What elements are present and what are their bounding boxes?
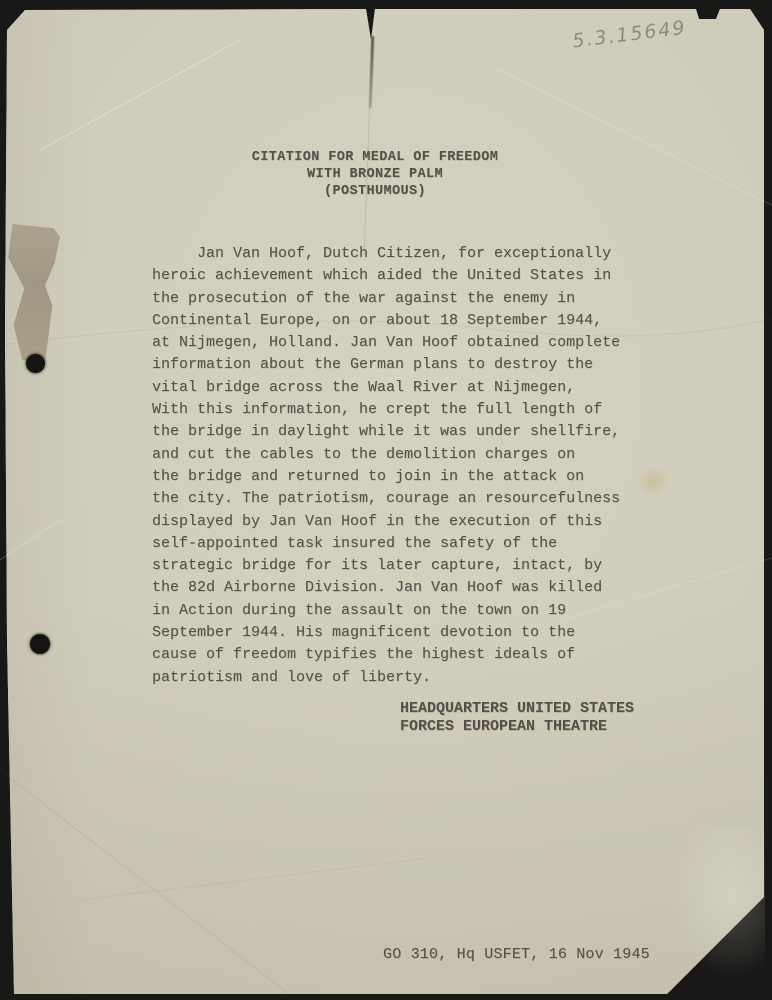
body-line: With this information, he crept the full… [152, 399, 662, 421]
body-line: Continental Europe, on or about 18 Septe… [152, 310, 662, 332]
body-line: and cut the cables to the demolition cha… [152, 444, 662, 466]
signature-line: FORCES EUROPEAN THEATRE [400, 718, 634, 736]
body-line: in Action during the assault on the town… [152, 600, 662, 622]
body-line: the city. The patriotism, courage an res… [152, 488, 662, 510]
body-line: displayed by Jan Van Hoof in the executi… [152, 511, 662, 533]
body-line: information about the German plans to de… [152, 354, 662, 376]
punch-hole [26, 354, 45, 373]
punch-hole [30, 634, 50, 654]
body-line: at Nijmegen, Holland. Jan Van Hoof obtai… [152, 332, 662, 354]
body-line: cause of freedom typifies the highest id… [152, 644, 662, 666]
title-line: (POSTHUMOUS) [155, 183, 595, 200]
title-line: WITH BRONZE PALM [155, 166, 595, 183]
title-line: CITATION FOR MEDAL OF FREEDOM [155, 149, 595, 166]
body-line: the prosecution of the war against the e… [152, 288, 662, 310]
signature-block: HEADQUARTERS UNITED STATES FORCES EUROPE… [400, 700, 634, 735]
body-line: the 82d Airborne Division. Jan Van Hoof … [152, 577, 662, 599]
body-line: self-appointed task insured the safety o… [152, 533, 662, 555]
scanned-document: 5.3.15649 CITATION FOR MEDAL OF FREEDOM … [0, 0, 772, 1000]
body-line: patriotism and love of liberty. [152, 667, 662, 689]
body-line: Jan Van Hoof, Dutch Citizen, for excepti… [152, 243, 662, 265]
body-paragraph: Jan Van Hoof, Dutch Citizen, for excepti… [152, 243, 662, 689]
body-line: the bridge and returned to join in the a… [152, 466, 662, 488]
document-title: CITATION FOR MEDAL OF FREEDOM WITH BRONZ… [155, 149, 595, 200]
body-line: vital bridge across the Waal River at Ni… [152, 377, 662, 399]
body-line: strategic bridge for its later capture, … [152, 555, 662, 577]
signature-line: HEADQUARTERS UNITED STATES [400, 700, 634, 718]
general-order-citation: GO 310, Hq USFET, 16 Nov 1945 [383, 946, 650, 963]
body-line: heroic achievement which aided the Unite… [152, 265, 662, 287]
body-line: September 1944. His magnificent devotion… [152, 622, 662, 644]
body-line: the bridge in daylight while it was unde… [152, 421, 662, 443]
